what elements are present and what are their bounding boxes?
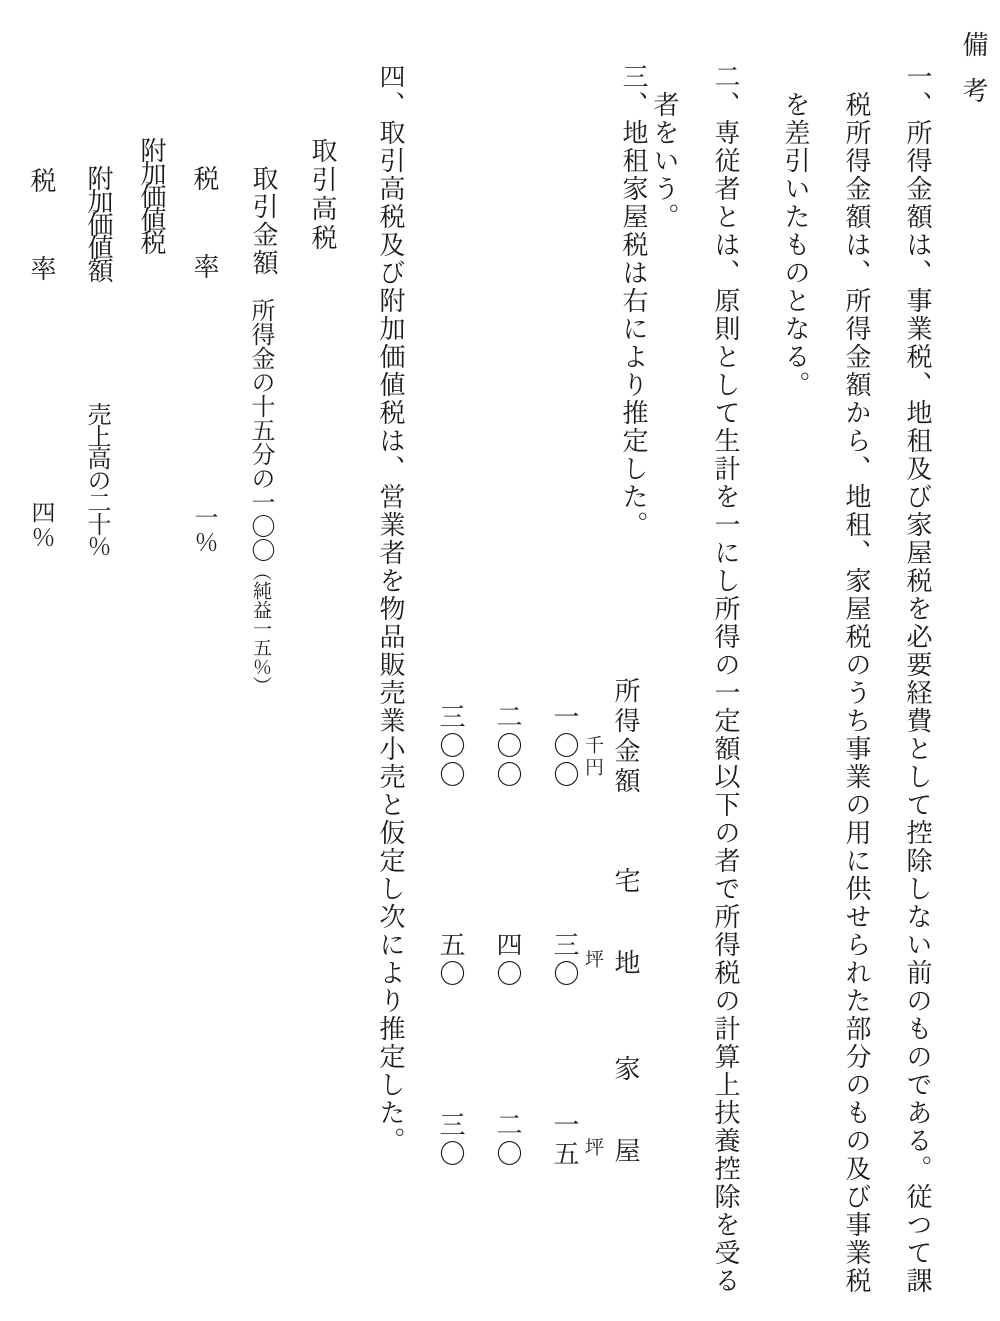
table-cell-house-row1: 一五 <box>551 1111 577 1169</box>
table-cell-income-row3: 三〇〇 <box>437 703 463 790</box>
value-added-base-label: 附加価値額 <box>85 165 111 280</box>
transaction-rate-value: 一％ <box>192 505 216 555</box>
transaction-tax-title: 取引高税 <box>309 137 335 253</box>
table-header-house: 家屋 <box>612 1055 638 1219</box>
table-cell-land-row3: 五〇 <box>437 931 463 989</box>
scanned-document-page: 備考 一、所得金額は、事業税、地租及び家屋税を必要経費として控除しない前のもので… <box>0 0 1000 1321</box>
transaction-amount-note: （純益一五％） <box>250 562 272 695</box>
transaction-amount-value-main: 所得金の十五分の一〇〇 <box>247 298 275 562</box>
remark-item-1: 一、所得金額は、事業税、地租及び家屋税を必要経費として控除しない前のものである。… <box>764 63 947 1295</box>
table-cell-land-row2: 四〇 <box>494 931 520 989</box>
value-added-rate-value: 四％ <box>29 500 53 550</box>
table-cell-income-row2: 二〇〇 <box>494 703 520 790</box>
page-title: 備考 <box>960 31 986 123</box>
remark-item-4: 四、取引高税及び附加価値税は、営業者を物品販売業小売と仮定し次により推定した。 <box>359 63 420 1295</box>
table-header-land: 宅地 <box>612 867 638 1031</box>
value-added-rate-label: 税率 <box>28 167 54 343</box>
value-added-tax-title: 附加価値税 <box>138 137 164 252</box>
transaction-amount-value: 所得金の十五分の一〇〇（純益一五％） <box>249 298 273 695</box>
estimation-table: 所得金額 千円 宅地 坪 家屋 坪 一〇〇 三〇 一五 二〇〇 四〇 二〇 三〇… <box>418 675 646 1195</box>
table-cell-house-row3: 三〇 <box>437 1111 463 1169</box>
transaction-rate-label: 税率 <box>191 165 217 341</box>
table-cell-land-row1: 三〇 <box>551 931 577 989</box>
table-header-income: 所得金額 <box>612 677 638 797</box>
table-unit-land: 坪 <box>583 949 602 971</box>
remark-item-3: 三、地租家屋税は右により推定した。 <box>602 63 663 651</box>
transaction-amount-label: 取引金額 <box>250 165 276 277</box>
table-unit-house: 坪 <box>583 1137 602 1159</box>
table-cell-house-row2: 二〇 <box>494 1111 520 1169</box>
table-cell-income-row1: 一〇〇 <box>551 703 577 790</box>
table-unit-income: 千円 <box>583 735 602 779</box>
value-added-base-value: 売上高の二十％ <box>85 402 109 556</box>
